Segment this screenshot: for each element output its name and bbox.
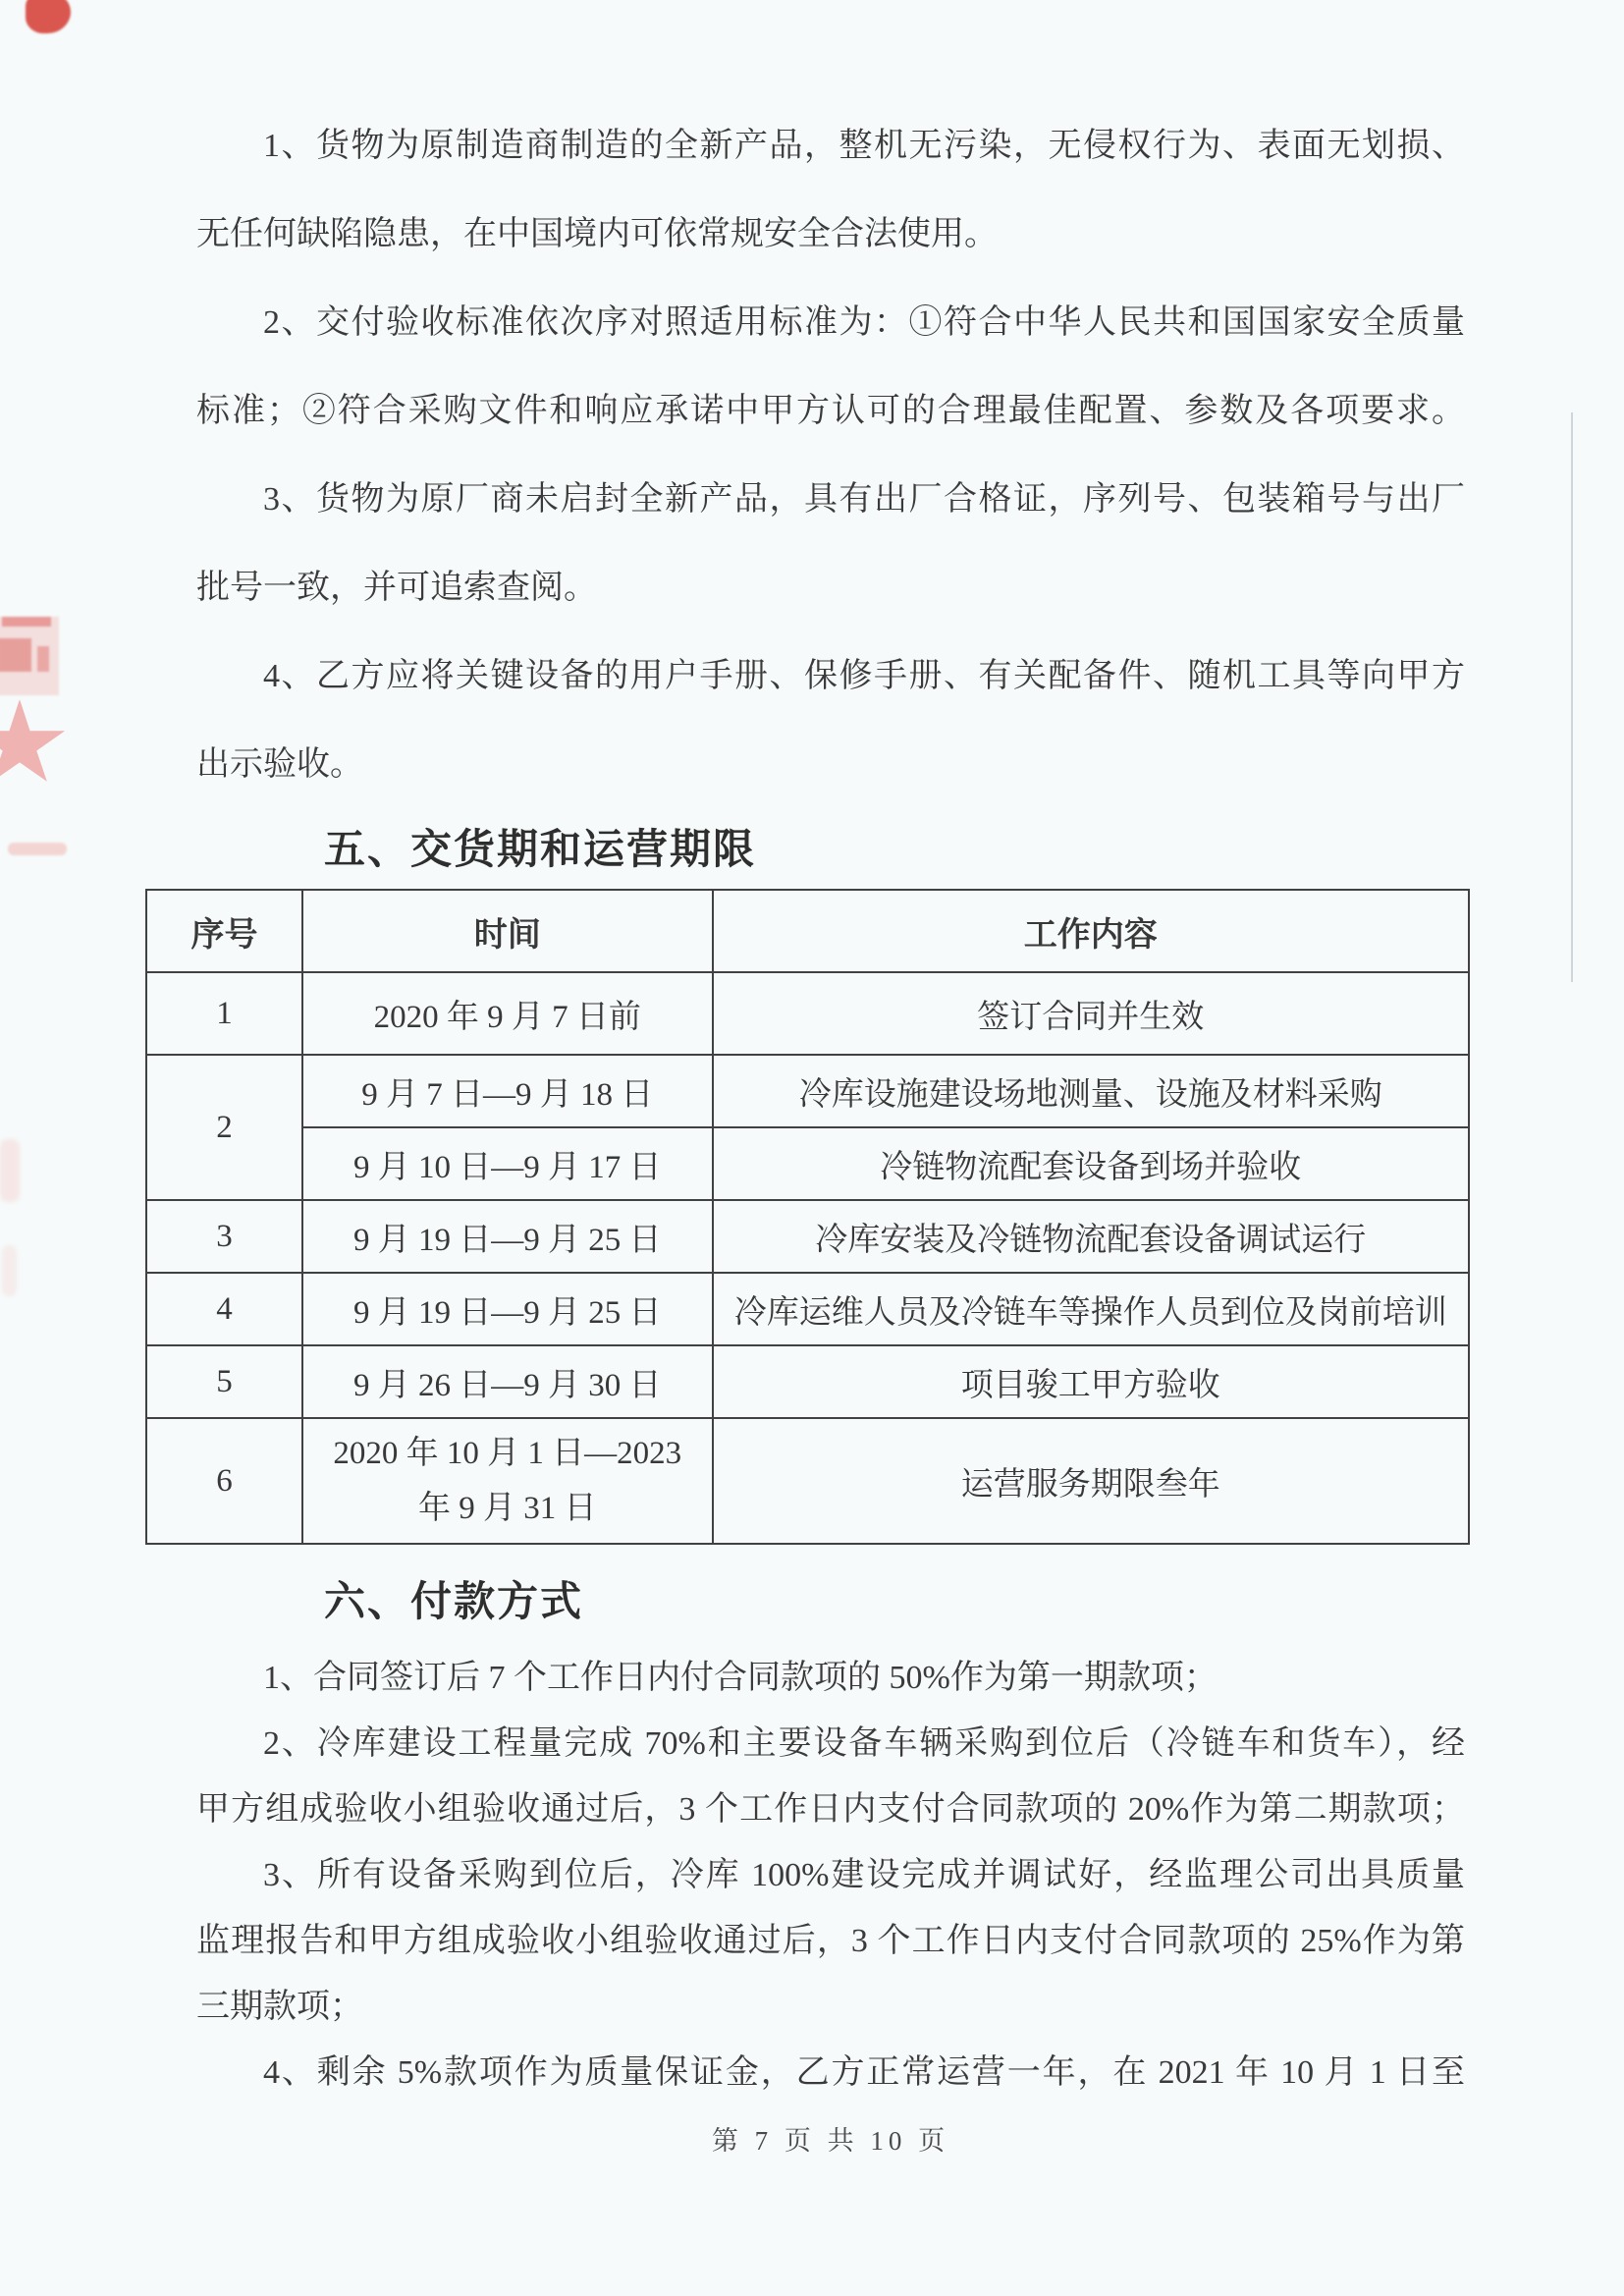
cell-content: 冷库运维人员及冷链车等操作人员到位及岗前培训 <box>713 1273 1470 1345</box>
table-row: 4 9 月 19 日—9 月 25 日 冷库运维人员及冷链车等操作人员到位及岗前… <box>146 1273 1469 1345</box>
paragraph-line: 1、合同签订后 7 个工作日内付合同款项的 50%作为第一期款项； <box>196 1658 1465 1723</box>
cell-content: 签订合同并生效 <box>713 972 1470 1055</box>
section6-heading: 六、付款方式 <box>324 1569 583 1628</box>
paragraph-line: 4、剩余 5%款项作为质量保证金，乙方正常运营一年，在 2021 年 10 月 … <box>196 2052 1465 2118</box>
header-cell-content: 工作内容 <box>713 890 1470 972</box>
cell-content: 冷库设施建设场地测量、设施及材料采购 <box>713 1055 1470 1127</box>
paragraph-line: 3、货物为原厂商未启封全新产品，具有出厂合格证，序列号、包装箱号与出厂 <box>196 477 1465 566</box>
paragraph-line: 1、货物为原制造商制造的全新产品，整机无污染，无侵权行为、表面无划损、 <box>196 124 1465 212</box>
cell-time: 9 月 19 日—9 月 25 日 <box>302 1200 713 1273</box>
table-row: 9 月 10 日—9 月 17 日 冷链物流配套设备到场并验收 <box>146 1127 1469 1200</box>
time-line: 年 9 月 31 日 <box>307 1481 708 1536</box>
scan-edge-artifact <box>1571 412 1573 982</box>
red-seal-fragment <box>0 617 59 695</box>
cell-time: 9 月 19 日—9 月 25 日 <box>302 1273 713 1345</box>
red-stamp-smudge <box>0 1139 20 1202</box>
table-header-row: 序号 时间 工作内容 <box>146 890 1469 972</box>
paragraph-line: 2、交付验收标准依次序对照适用标准为：①符合中华人民共和国国家安全质量 <box>196 301 1465 389</box>
paragraph-line: 3、所有设备采购到位后，冷库 100%建设完成并调试好，经监理公司出具质量 <box>196 1855 1465 1921</box>
cell-no: 5 <box>146 1345 302 1418</box>
document-page: 1、货物为原制造商制造的全新产品，整机无污染，无侵权行为、表面无划损、 无任何缺… <box>0 0 1624 2296</box>
red-stamp-corner-mark <box>26 0 71 33</box>
paragraph-line: 4、乙方应将关键设备的用户手册、保修手册、有关配备件、随机工具等向甲方 <box>196 654 1465 742</box>
cell-content: 冷链物流配套设备到场并验收 <box>713 1127 1470 1200</box>
red-star-stamp-fragment <box>0 699 67 790</box>
red-stamp-smudge <box>2 1245 17 1296</box>
cell-time: 9 月 26 日—9 月 30 日 <box>302 1345 713 1418</box>
table-row: 6 2020 年 10 月 1 日—2023 年 9 月 31 日 运营服务期限… <box>146 1418 1469 1544</box>
cell-time: 9 月 7 日—9 月 18 日 <box>302 1055 713 1127</box>
table-row: 3 9 月 19 日—9 月 25 日 冷库安装及冷链物流配套设备调试运行 <box>146 1200 1469 1273</box>
red-stamp-smudge <box>8 843 67 855</box>
cell-content: 项目骏工甲方验收 <box>713 1345 1470 1418</box>
table-row: 5 9 月 26 日—9 月 30 日 项目骏工甲方验收 <box>146 1345 1469 1418</box>
cell-content: 冷库安装及冷链物流配套设备调试运行 <box>713 1200 1470 1273</box>
cell-time: 9 月 10 日—9 月 17 日 <box>302 1127 713 1200</box>
paragraph-line: 2、冷库建设工程量完成 70%和主要设备车辆采购到位后（冷链车和货车），经 <box>196 1723 1465 1789</box>
cell-content: 运营服务期限叁年 <box>713 1418 1470 1544</box>
paragraph-line: 无任何缺陷隐患，在中国境内可依常规安全合法使用。 <box>196 212 1465 301</box>
cell-no: 2 <box>146 1055 302 1200</box>
seal-stroke <box>37 646 49 672</box>
header-cell-time: 时间 <box>302 890 713 972</box>
cell-no: 4 <box>146 1273 302 1345</box>
cell-no: 1 <box>146 972 302 1055</box>
payment-clauses: 1、合同签订后 7 个工作日内付合同款项的 50%作为第一期款项； 2、冷库建设… <box>196 1658 1465 2118</box>
cell-no: 6 <box>146 1418 302 1544</box>
seal-stroke <box>0 638 31 672</box>
cell-no: 3 <box>146 1200 302 1273</box>
cell-time: 2020 年 10 月 1 日—2023 年 9 月 31 日 <box>302 1418 713 1544</box>
section5-heading: 五、交货期和运营期限 <box>324 817 756 876</box>
paragraph-line: 批号一致，并可追索查阅。 <box>196 566 1465 654</box>
delivery-schedule-table: 序号 时间 工作内容 1 2020 年 9 月 7 日前 签订合同并生效 2 9… <box>145 889 1470 1545</box>
page-footer: 第 7 页 共 10 页 <box>196 2119 1465 2158</box>
seal-stroke <box>2 617 51 627</box>
table-row: 1 2020 年 9 月 7 日前 签订合同并生效 <box>146 972 1469 1055</box>
paragraph-line: 监理报告和甲方组成验收小组验收通过后，3 个工作日内支付合同款项的 25%作为第 <box>196 1921 1465 1987</box>
paragraph-line: 甲方组成验收小组验收通过后，3 个工作日内支付合同款项的 20%作为第二期款项； <box>196 1789 1465 1855</box>
paragraph-line: 三期款项； <box>196 1987 1465 2052</box>
time-line: 2020 年 10 月 1 日—2023 <box>307 1426 708 1481</box>
table-row: 2 9 月 7 日—9 月 18 日 冷库设施建设场地测量、设施及材料采购 <box>146 1055 1469 1127</box>
header-cell-no: 序号 <box>146 890 302 972</box>
cell-time: 2020 年 9 月 7 日前 <box>302 972 713 1055</box>
acceptance-clauses: 1、货物为原制造商制造的全新产品，整机无污染，无侵权行为、表面无划损、 无任何缺… <box>196 124 1465 831</box>
paragraph-line: 标准；②符合采购文件和响应承诺中甲方认可的合理最佳配置、参数及各项要求。 <box>196 389 1465 477</box>
